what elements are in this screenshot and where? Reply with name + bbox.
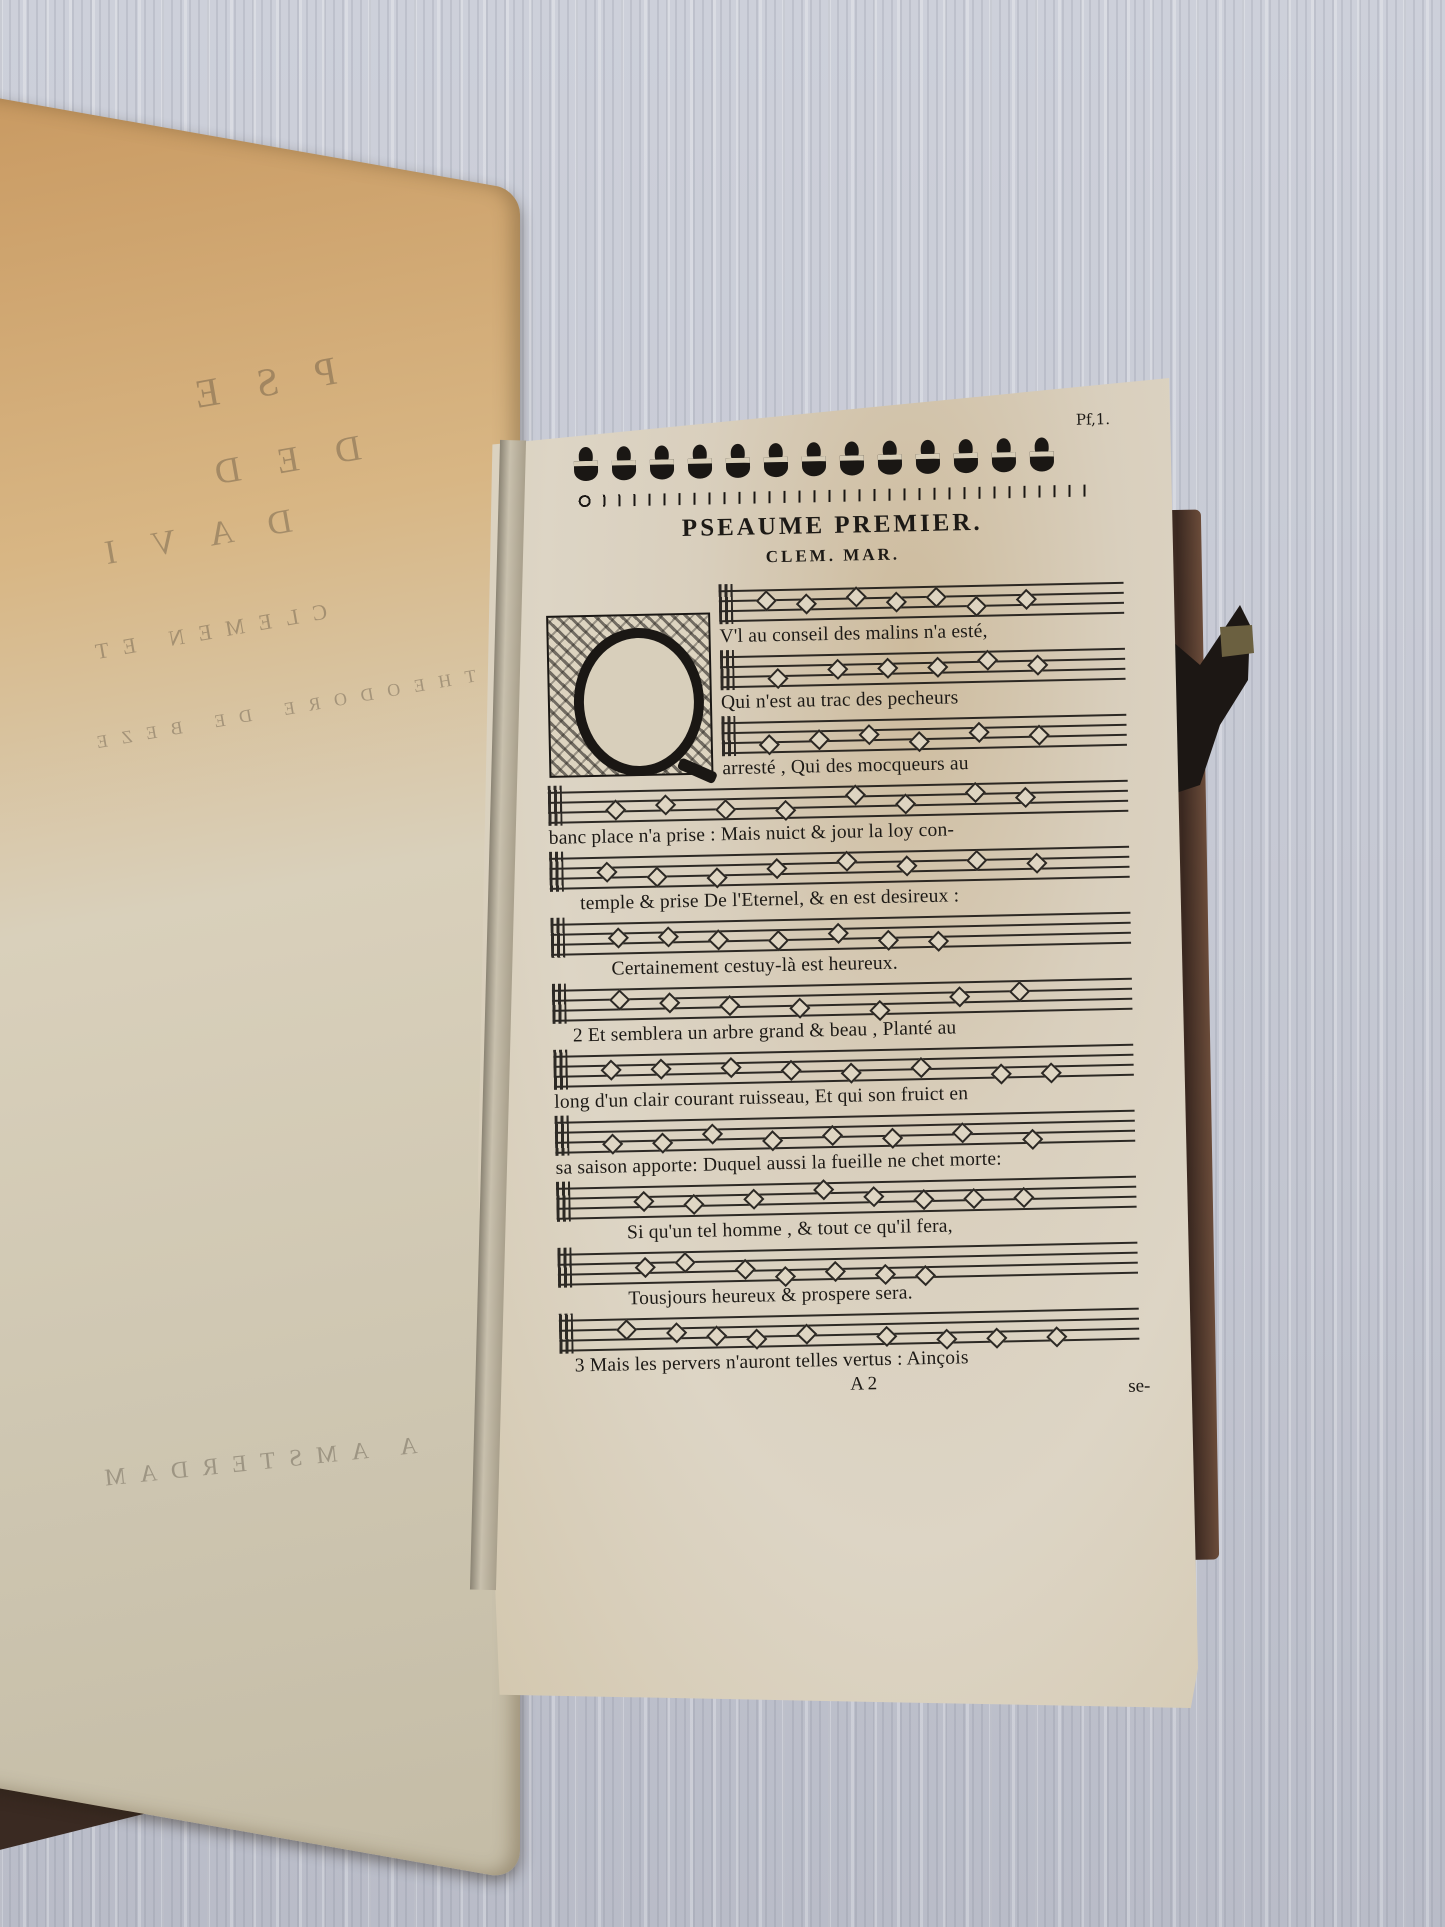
ornament-icon [1026, 437, 1057, 486]
music-line: 3 Mais les pervers n'auront telles vertu… [559, 1302, 1140, 1380]
ornament-icon [647, 445, 678, 494]
ornament-icon [571, 447, 602, 496]
ornament-icon [913, 440, 944, 489]
music-staff [720, 642, 1126, 690]
psalm-page-content: Pf,1. PSEAUME PREMIER. CLEM. MAR. Q V'l … [540, 408, 1141, 1410]
music-staff [718, 576, 1124, 624]
music-line: 2 Et semblera un arbre grand & beau , Pl… [552, 972, 1133, 1050]
music-line: Tousjours heureux & prospere sera. [557, 1236, 1138, 1314]
music-line: long d'un clair courant ruisseau, Et qui… [553, 1038, 1134, 1116]
ornament-icon [950, 439, 981, 488]
music-line: arresté , Qui des mocqueurs au [546, 708, 1127, 786]
music-line: Certainement cestuy-là est heureux. [550, 906, 1131, 984]
ornament-icon [723, 444, 754, 493]
catchword: se- [1128, 1375, 1151, 1397]
music-line: V'l au conseil des malins n'a esté, [544, 576, 1125, 654]
ornament-icon [609, 446, 640, 495]
ornament-icon [875, 440, 906, 489]
music-line: temple & prise De l'Eternel, & en est de… [549, 840, 1130, 918]
music-line: sa saison apporte: Duquel aussi la fueil… [555, 1104, 1136, 1182]
printer-signature: A 2 [850, 1373, 877, 1396]
music-line: Qui n'est au trac des pecheurs [545, 642, 1126, 720]
psalm-body: Q V'l au conseil des malins n'a esté, Qu… [544, 576, 1141, 1410]
music-line: Si qu'un tel homme , & tout ce qu'il fer… [556, 1170, 1137, 1248]
ornament-icon [685, 444, 716, 493]
signature-mark: Pf,1. [1076, 410, 1111, 429]
music-line: banc place n'a prise : Mais nuict & jour… [548, 774, 1129, 852]
ornament-icon [988, 438, 1019, 487]
ornament-icon [799, 442, 830, 491]
psalm-author: CLEM. MAR. [543, 540, 1123, 572]
music-staff [721, 708, 1127, 756]
ornament-icon [761, 443, 792, 492]
psalm-title: PSEAUME PREMIER. [542, 506, 1122, 546]
ornament-icon [837, 441, 868, 490]
